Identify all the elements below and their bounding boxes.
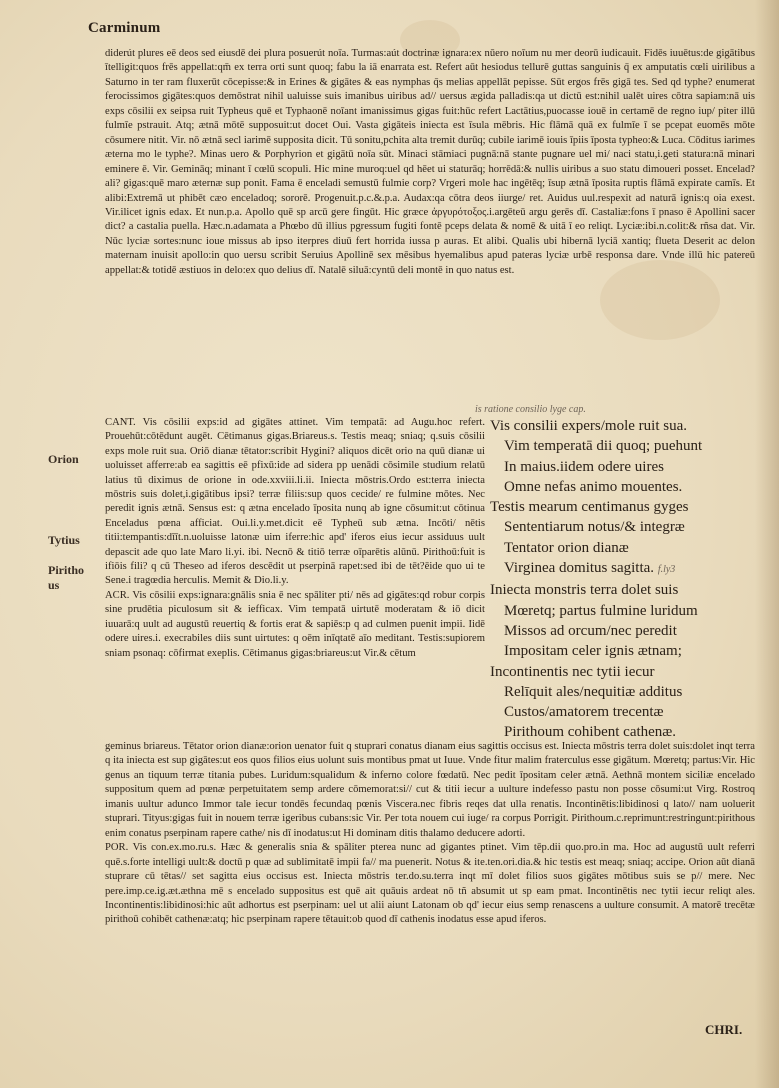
margin-note-orion: Orion [48, 452, 79, 467]
commentary-bottom: geminus briareus. Tētator orion dianæ:or… [105, 740, 755, 928]
commentary-paragraph-por: POR. Vis con.ex.mo.ru.s. Hæc & generalis… [105, 841, 755, 928]
commentary-paragraph-acr: ACR. Vis cōsilii exps:ignara:gnālis snia… [105, 589, 485, 661]
verse-line: Impositam celer ignis ætnam; [490, 641, 760, 661]
commentary-left-column: CANT. Vis cōsilii exps:id ad gigātes att… [105, 416, 485, 661]
handwritten-annotation: is ratione consilio lyge cap. [475, 404, 586, 415]
verse-line: Missos ad orcum/nec peredit [490, 621, 760, 641]
verse-line: Custos/amatorem trecentæ [490, 702, 760, 722]
verse-text: Virginea domitus sagitta. [504, 560, 654, 576]
commentary-paragraph: geminus briareus. Tētator orion dianæ:or… [105, 740, 755, 841]
verse-line: Sententiarum notus/& integræ [490, 517, 760, 537]
verse-line: Omne nefas animo mouentes. [490, 477, 760, 497]
book-page: Carminum diderút plures eē deos sed eius… [0, 0, 779, 1088]
verse-line: In maius.iidem odere uires [490, 457, 760, 477]
commentary-paragraph-cant: CANT. Vis cōsilii exps:id ad gigātes att… [105, 416, 485, 589]
commentary-paragraph: diderút plures eē deos sed eiusdē dei pl… [105, 47, 755, 278]
running-head: Carminum [88, 20, 160, 37]
verse-block: Vis consilii expers/mole ruit sua. Vim t… [490, 416, 760, 743]
verse-line: Tentator orion dianæ [490, 538, 760, 558]
margin-note-pirithous: Piritho us [48, 563, 96, 593]
margin-note-tytius: Tytius [48, 533, 80, 548]
verse-line: Iniecta monstris terra dolet suis [490, 580, 760, 600]
commentary-top: diderút plures eē deos sed eiusdē dei pl… [105, 47, 755, 278]
verse-line: Vim temperatā dii quoq; puehunt [490, 436, 760, 456]
verse-line: Vis consilii expers/mole ruit sua. [490, 416, 760, 436]
verse-line: Relīquit ales/nequitiæ additus [490, 682, 760, 702]
verse-line: Incontinentis nec tytii iecur [490, 662, 760, 682]
verse-line: Testis mearum centimanus gyges [490, 497, 760, 517]
catchword: CHRI. [705, 1022, 742, 1038]
verse-line: Mœretq; partus fulmine luridum [490, 601, 760, 621]
verse-line: Virginea domitus sagitta. f.ly3 [490, 558, 760, 580]
handwritten-annotation: f.ly3 [658, 564, 676, 575]
